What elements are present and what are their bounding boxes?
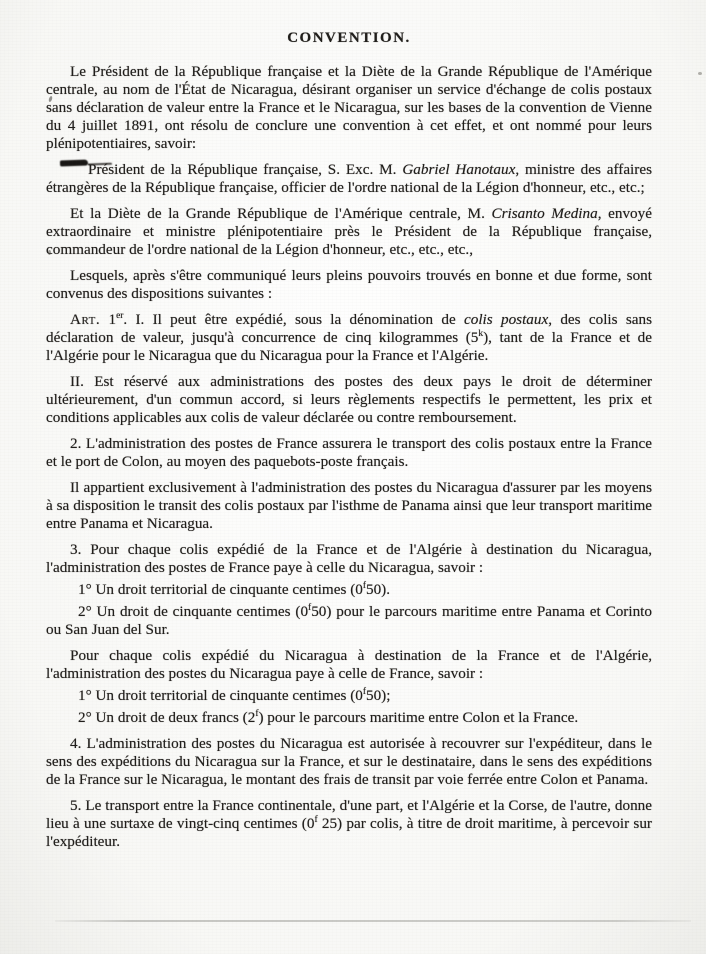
text-segment: Pour chaque colis expédié du Nicaragua à… bbox=[46, 647, 652, 682]
article-3-item-2: 2° Un droit de cinquante centimes (0f50)… bbox=[46, 603, 652, 639]
text-segment: Art. bbox=[70, 311, 100, 328]
article-2: 2. L'administration des postes de France… bbox=[46, 435, 652, 471]
article-2-continuation: Il appartient exclusivement à l'administ… bbox=[46, 479, 652, 533]
text-segment: 50); bbox=[366, 687, 390, 704]
text-segment: Lesquels, après s'être communiqué leurs … bbox=[46, 267, 652, 302]
page-bottom-rule bbox=[55, 920, 691, 922]
preamble: Le Président de la République française … bbox=[46, 63, 652, 153]
text-segment: Gabriel Hanotaux bbox=[402, 161, 515, 178]
article-1-section-1: Art. 1er. I. Il peut être expédié, sous … bbox=[46, 311, 652, 365]
text-segment: Président de la République française, S.… bbox=[88, 161, 402, 178]
text-segment: 2° Un droit de deux francs (2 bbox=[78, 709, 255, 726]
text-segment: 2° Un droit de cinquante centimes (0 bbox=[78, 603, 308, 620]
text-segment: 1° Un droit territorial de cinquante cen… bbox=[78, 581, 363, 598]
article-3-continuation: Pour chaque colis expédié du Nicaragua à… bbox=[46, 647, 652, 683]
article-3: 3. Pour chaque colis expédié de la Franc… bbox=[46, 541, 652, 577]
article-3-item-1: 1° Un droit territorial de cinquante cen… bbox=[46, 581, 652, 599]
text-segment: Crisanto Medina bbox=[492, 205, 598, 222]
text-segment: Et la Diète de la Grande République de l… bbox=[70, 205, 492, 222]
plenipotentiary-nicaragua: Et la Diète de la Grande République de l… bbox=[46, 205, 652, 259]
document-title: CONVENTION. bbox=[46, 30, 652, 47]
document-body: Le Président de la République française … bbox=[46, 63, 652, 851]
article-1-section-2: II. Est réservé aux administrations des … bbox=[46, 373, 652, 427]
text-segment: . I. Il peut être expédié, sous la dénom… bbox=[123, 311, 464, 328]
article-4: 4. L'administration des postes du Nicara… bbox=[46, 735, 652, 789]
text-segment: 4. L'administration des postes du Nicara… bbox=[46, 735, 652, 788]
text-segment: colis postaux bbox=[464, 311, 548, 328]
text-segment: 2. L'administration des postes de France… bbox=[46, 435, 652, 470]
agreement-clause: Lesquels, après s'être communiqué leurs … bbox=[46, 267, 652, 303]
article-3-item-3: 1° Un droit territorial de cinquante cen… bbox=[46, 687, 652, 705]
text-segment: 1° Un droit territorial de cinquante cen… bbox=[78, 687, 363, 704]
plenipotentiary-france: Président de la République française, S.… bbox=[46, 161, 652, 197]
text-segment: 1 bbox=[100, 311, 116, 328]
article-3-item-4: 2° Un droit de deux francs (2f) pour le … bbox=[46, 709, 652, 727]
text-segment: ) pour le parcours maritime entre Colon … bbox=[258, 709, 578, 726]
text-segment: 50). bbox=[366, 581, 390, 598]
text-segment: 3. Pour chaque colis expédié de la Franc… bbox=[46, 541, 652, 576]
text-segment: Il appartient exclusivement à l'administ… bbox=[46, 479, 652, 532]
margin-speck-artifact bbox=[698, 72, 702, 75]
text-segment: II. Est réservé aux administrations des … bbox=[46, 373, 652, 426]
article-5: 5. Le transport entre la France continen… bbox=[46, 797, 652, 851]
text-segment: Le Président de la République française … bbox=[46, 63, 652, 152]
scanned-document-page: CONVENTION. Le Président de la Républiqu… bbox=[0, 0, 706, 954]
